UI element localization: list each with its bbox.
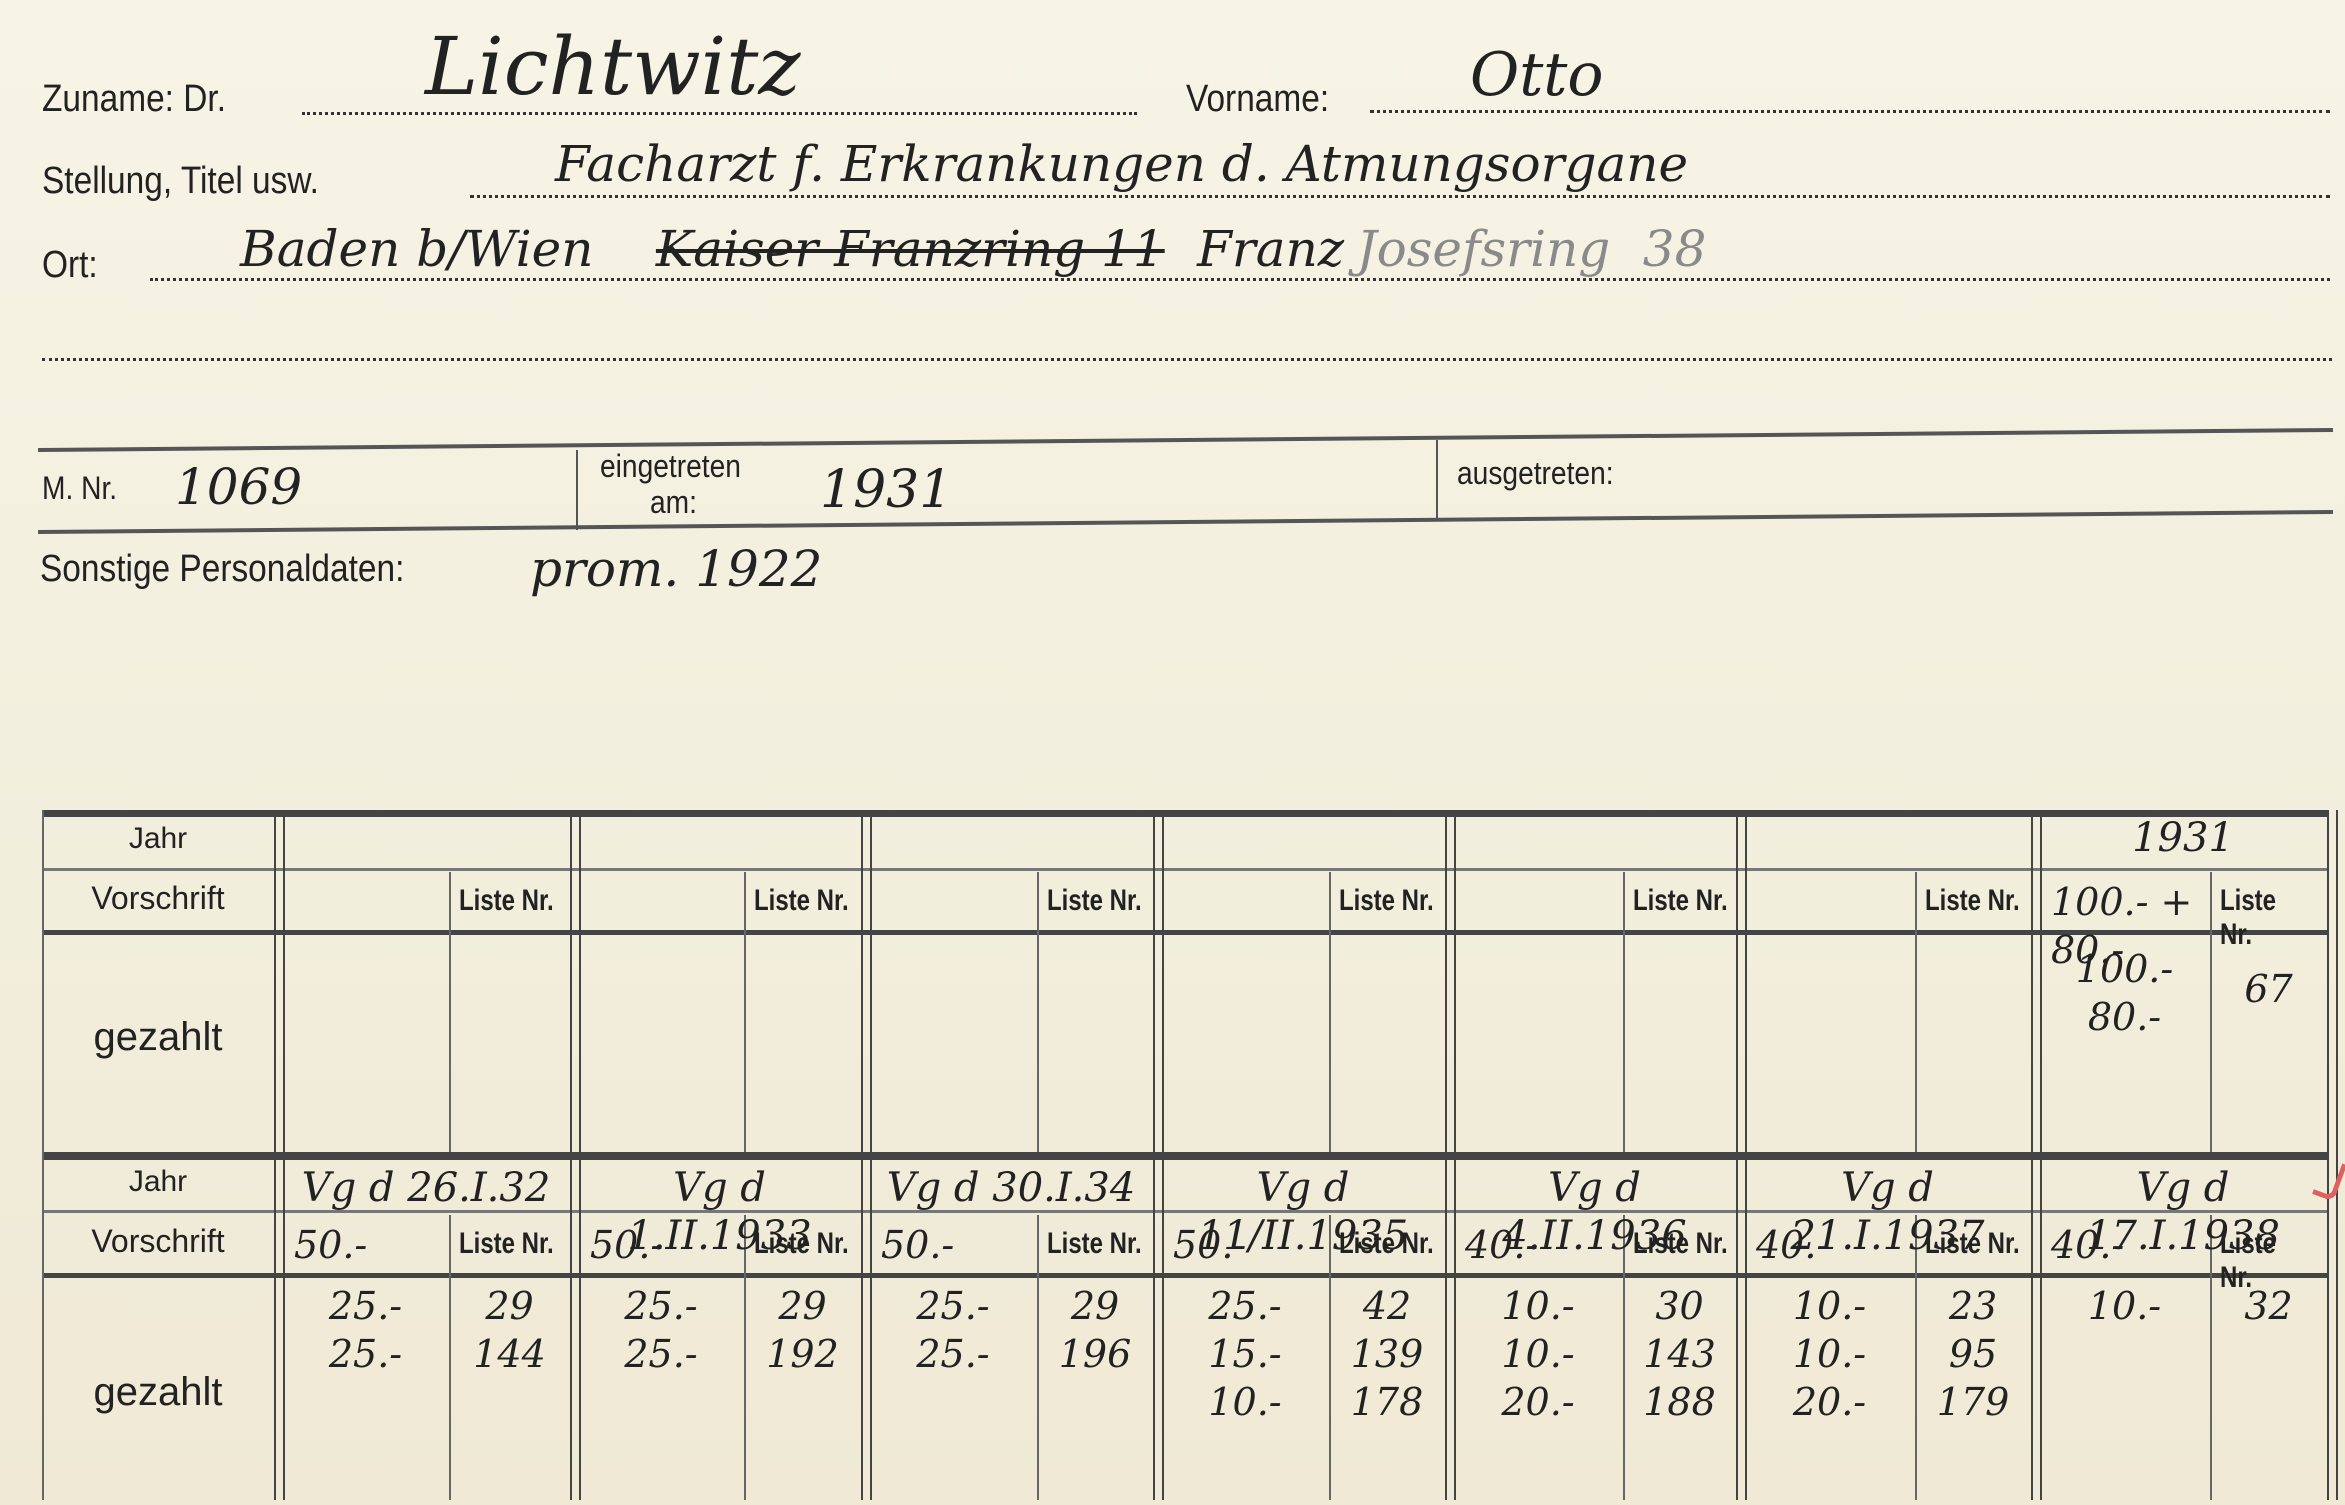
- gezahlt-values: 10.-10.-20.-: [1744, 1282, 1915, 1426]
- gezahlt-amount: 25.-: [1161, 1282, 1329, 1330]
- vorschrift-value: 50.-: [282, 1221, 449, 1269]
- upper-gezahlt-label: gezahlt: [42, 1015, 274, 1060]
- ort-value: Baden b/Wien Kaiser Franzring 11 Franz J…: [240, 220, 1706, 278]
- gezahlt-amount: 25.-: [869, 1282, 1037, 1330]
- liste-values: 29144: [449, 1282, 570, 1378]
- liste-number: 32: [2210, 1282, 2327, 1330]
- liste-values: 29196: [1037, 1282, 1153, 1378]
- column-divider: [861, 810, 872, 1500]
- gezahlt-amount: 15.-: [1161, 1330, 1329, 1378]
- liste-divider: [1329, 872, 1331, 1152]
- vorname-line: [1370, 110, 2330, 113]
- gezahlt-amount: 25.-: [578, 1330, 744, 1378]
- mnr-top-rule: [38, 428, 2333, 452]
- liste-number: 67: [2210, 965, 2327, 1013]
- liste-values: 32: [2210, 1282, 2327, 1330]
- liste-number: 42: [1329, 1282, 1445, 1330]
- sonstige-value: prom. 1922: [530, 540, 822, 598]
- mnr-divider-1: [576, 450, 578, 530]
- liste-nr-label: Liste Nr.: [459, 884, 554, 918]
- ausgetreten-label: ausgetreten:: [1457, 455, 1614, 492]
- stellung-line: [470, 195, 2330, 198]
- vorname-label: Vorname:: [1186, 78, 1329, 121]
- gezahlt-amount: 25.-: [869, 1330, 1037, 1378]
- jahr-value: Vg d 26.I.32: [282, 1164, 570, 1212]
- liste-nr-label: Liste Nr.: [459, 1227, 554, 1261]
- liste-number: 179: [1915, 1378, 2031, 1426]
- upper-jahr-rule: [42, 868, 2329, 871]
- ort-line: [150, 278, 2330, 281]
- extra-line: [42, 358, 2332, 361]
- mnr-divider-2: [1436, 440, 1438, 520]
- lower-vorschrift-label: Vorschrift: [42, 1223, 274, 1260]
- liste-number: 178: [1329, 1378, 1445, 1426]
- gezahlt-values: 100.-80.-: [2039, 945, 2210, 1041]
- liste-divider: [449, 872, 451, 1152]
- eingetreten-am-label: am:: [650, 484, 697, 521]
- stellung-value: Facharzt f. Erkrankungen d. Atmungsorgan…: [555, 135, 1688, 193]
- mnr-label: M. Nr.: [42, 470, 117, 507]
- lower-jahr-label: Jahr: [42, 1165, 274, 1199]
- liste-divider: [1915, 872, 1917, 1152]
- liste-values: 2395179: [1915, 1282, 2031, 1426]
- gezahlt-amount: 25.-: [578, 1282, 744, 1330]
- gezahlt-values: 10.-: [2039, 1282, 2210, 1330]
- upper-vorschrift-rule: [42, 930, 2329, 935]
- jahr-value: 1931: [2039, 814, 2327, 862]
- gezahlt-values: 10.-10.-20.-: [1453, 1282, 1623, 1426]
- liste-nr-label: Liste Nr.: [754, 884, 849, 918]
- gezahlt-values: 25.-25.-: [869, 1282, 1037, 1378]
- gezahlt-values: 25.-25.-: [282, 1282, 449, 1378]
- table-top-rule: [42, 810, 2329, 817]
- liste-number: 139: [1329, 1330, 1445, 1378]
- mid-rule: [42, 1152, 2329, 1160]
- gezahlt-amount: 10.-: [1744, 1282, 1915, 1330]
- sonstige-label: Sonstige Personaldaten:: [40, 548, 404, 591]
- liste-nr-label: Liste Nr.: [1633, 884, 1728, 918]
- ort-city: Baden b/Wien: [240, 220, 593, 278]
- gezahlt-values: 25.-25.-: [578, 1282, 744, 1378]
- column-divider: [570, 810, 581, 1500]
- liste-values: 29192: [744, 1282, 861, 1378]
- ort-label: Ort:: [42, 244, 98, 287]
- liste-number: 196: [1037, 1330, 1153, 1378]
- liste-divider: [1037, 872, 1039, 1152]
- gezahlt-amount: 25.-: [282, 1330, 449, 1378]
- vorschrift-value: 50.-: [1161, 1221, 1329, 1269]
- zuname-value: Lichtwitz: [425, 20, 801, 113]
- gezahlt-amount: 20.-: [1744, 1378, 1915, 1426]
- vorschrift-value: 40.-: [1453, 1221, 1623, 1269]
- gezahlt-amount: 10.-: [2039, 1282, 2210, 1330]
- gezahlt-amount: 100.-: [2039, 945, 2210, 993]
- liste-divider: [1623, 872, 1625, 1152]
- liste-number: 23: [1915, 1282, 2031, 1330]
- ort-house-number: 38: [1643, 220, 1707, 278]
- liste-nr-label: Liste Nr.: [1047, 1227, 1142, 1261]
- liste-number: 30: [1623, 1282, 1736, 1330]
- jahr-value: Vg d 30.I.34: [869, 1164, 1153, 1212]
- lower-vorschrift-rule: [42, 1273, 2329, 1278]
- mnr-bottom-rule: [38, 510, 2333, 534]
- liste-number: 29: [744, 1282, 861, 1330]
- mnr-value: 1069: [175, 458, 302, 516]
- ort-street-1: Franz: [1197, 220, 1344, 278]
- liste-number: 188: [1623, 1378, 1736, 1426]
- liste-values: 30143188: [1623, 1282, 1736, 1426]
- lower-gezahlt-label: gezahlt: [42, 1370, 274, 1415]
- gezahlt-amount: 80.-: [2039, 993, 2210, 1041]
- liste-number: 29: [1037, 1282, 1153, 1330]
- gezahlt-values: 25.-15.-10.-: [1161, 1282, 1329, 1426]
- liste-number: 143: [1623, 1330, 1736, 1378]
- eingetreten-value: 1931: [820, 460, 952, 520]
- liste-values: 42139178: [1329, 1282, 1445, 1426]
- gezahlt-amount: 10.-: [1453, 1282, 1623, 1330]
- liste-number: 144: [449, 1330, 570, 1378]
- gezahlt-amount: 10.-: [1161, 1378, 1329, 1426]
- vorschrift-value: 40.-: [2039, 1221, 2210, 1269]
- liste-nr-label: Liste Nr.: [2220, 884, 2307, 952]
- vorname-value: Otto: [1470, 40, 1604, 110]
- gezahlt-amount: 10.-: [1453, 1330, 1623, 1378]
- vorschrift-value: 50.-: [578, 1221, 744, 1269]
- vorschrift-value: 50.-: [869, 1221, 1037, 1269]
- liste-nr-label: Liste Nr.: [1339, 884, 1434, 918]
- liste-number: 192: [744, 1330, 861, 1378]
- member-index-card: Zuname: Dr. Lichtwitz Vorname: Otto Stel…: [0, 0, 2345, 1505]
- ort-street-2: Josefsring: [1357, 220, 1611, 278]
- column-divider: [2327, 810, 2338, 1500]
- eingetreten-label: eingetreten: [600, 448, 741, 485]
- vorschrift-value: 40.-: [1744, 1221, 1915, 1269]
- column-divider: [274, 810, 285, 1500]
- liste-nr-label: Liste Nr.: [1047, 884, 1142, 918]
- upper-jahr-label: Jahr: [42, 822, 274, 856]
- contribution-table: Jahr Vorschrift gezahlt Jahr Vorschrift …: [42, 810, 2329, 1500]
- liste-number: 95: [1915, 1330, 2031, 1378]
- zuname-label: Zuname: Dr.: [42, 78, 226, 121]
- liste-nr-label: Liste Nr.: [1925, 884, 2020, 918]
- gezahlt-amount: 25.-: [282, 1282, 449, 1330]
- gezahlt-amount: 10.-: [1744, 1330, 1915, 1378]
- ort-struck-address: Kaiser Franzring 11: [656, 220, 1165, 278]
- liste-divider: [744, 872, 746, 1152]
- upper-vorschrift-label: Vorschrift: [42, 880, 274, 917]
- gezahlt-amount: 20.-: [1453, 1378, 1623, 1426]
- liste-number: 29: [449, 1282, 570, 1330]
- liste-values: 67: [2210, 965, 2327, 1013]
- stellung-label: Stellung, Titel usw.: [42, 160, 319, 203]
